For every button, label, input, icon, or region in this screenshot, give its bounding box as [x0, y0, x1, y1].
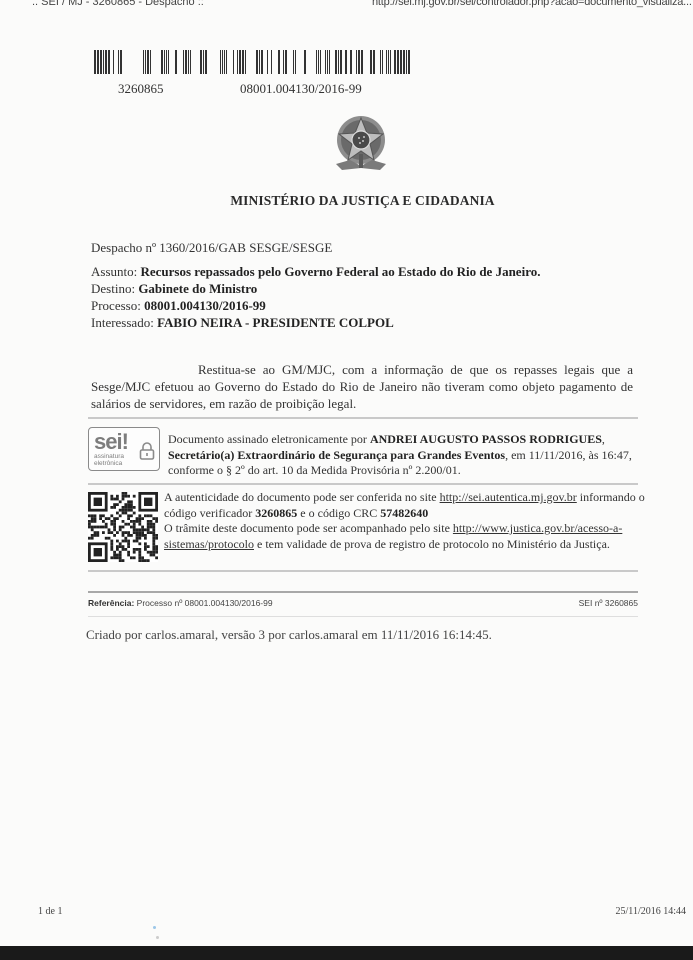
auth-text-5: e tem validade de prova de registro de p…	[254, 537, 610, 551]
divider	[88, 483, 638, 485]
brazil-coat-of-arms-icon	[328, 110, 394, 176]
signature-block: sei! assinatura eletrônica Documento ass…	[88, 425, 648, 475]
despacho-number: Despacho nº 1360/2016/GAB SESGE/SESGE	[91, 240, 332, 256]
authenticity-block: A autenticidade do documento pode ser co…	[88, 490, 648, 566]
page-number: 1 de 1	[38, 906, 62, 917]
divider	[88, 591, 638, 593]
divider	[88, 616, 638, 617]
sei-logo-sub-1: assinatura	[94, 453, 124, 460]
scan-speck	[156, 936, 159, 939]
assunto-row: Assunto: Recursos repassados pelo Govern…	[91, 264, 540, 280]
assunto-label: Assunto:	[91, 264, 140, 279]
sig-text-2: ,	[602, 432, 605, 446]
sei-number: SEI nº 3260865	[579, 598, 638, 608]
print-header-title: .. SEI / MJ - 3260865 - Despacho ::	[32, 0, 204, 8]
divider	[88, 570, 638, 572]
divider	[88, 417, 638, 419]
sei-logo-sub-2: eletrônica	[94, 460, 124, 467]
sig-text-1: Documento assinado eletronicamente por	[168, 432, 370, 446]
sei-signature-logo: sei! assinatura eletrônica	[88, 427, 160, 471]
authenticity-site-link[interactable]: http://sei.autentica.mj.gov.br	[440, 490, 577, 504]
signer-name: ANDREI AUGUSTO PASSOS RODRIGUES	[370, 432, 602, 446]
reference-info: Referência: Processo nº 08001.004130/201…	[88, 598, 273, 608]
processo-label: Processo:	[91, 298, 144, 313]
destino-row: Destino: Gabinete do Ministro	[91, 281, 257, 297]
sei-logo-subtitle: assinatura eletrônica	[94, 453, 124, 467]
process-number: 08001.004130/2016-99	[240, 81, 362, 97]
ministry-title: MINISTÉRIO DA JUSTIÇA E CIDADANIA	[0, 193, 693, 209]
reference-row: Referência: Processo nº 08001.004130/201…	[88, 598, 638, 608]
auth-text-3: e o código CRC	[297, 506, 380, 520]
sei-logo-word: sei!	[94, 429, 128, 455]
processo-row: Processo: 08001.004130/2016-99	[91, 298, 266, 314]
interessado-value: FABIO NEIRA - PRESIDENTE COLPOL	[157, 315, 394, 330]
created-by-line: Criado por carlos.amaral, versão 3 por c…	[86, 627, 492, 643]
signer-role: Secretário(a) Extraordinário de Seguranç…	[168, 448, 505, 462]
signature-text: Documento assinado eletronicamente por A…	[168, 432, 646, 479]
body-paragraph: Restitua-se ao GM/MJC, com a informação …	[91, 361, 633, 412]
process-barcode	[200, 50, 410, 74]
print-datetime: 25/11/2016 14:44	[616, 906, 686, 917]
qr-code-icon	[88, 492, 158, 562]
auth-text-1: A autenticidade do documento pode ser co…	[164, 490, 440, 504]
destino-label: Destino:	[91, 281, 138, 296]
reference-label: Referência:	[88, 598, 134, 608]
verifier-code: 3260865	[255, 506, 297, 520]
padlock-icon	[139, 442, 155, 460]
interessado-row: Interessado: FABIO NEIRA - PRESIDENTE CO…	[91, 315, 394, 331]
processo-value: 08001.004130/2016-99	[144, 298, 266, 313]
crc-code: 57482640	[380, 506, 428, 520]
scan-speck	[153, 926, 156, 929]
authenticity-text: A autenticidade do documento pode ser co…	[164, 490, 648, 552]
auth-text-4: O trâmite deste documento pode ser acomp…	[164, 521, 453, 535]
reference-value: Processo nº 08001.004130/2016-99	[134, 598, 272, 608]
scan-edge	[0, 946, 693, 960]
interessado-label: Interessado:	[91, 315, 157, 330]
document-barcode	[92, 50, 192, 74]
document-number: 3260865	[118, 81, 164, 97]
destino-value: Gabinete do Ministro	[138, 281, 257, 296]
body-paragraph-text: Restitua-se ao GM/MJC, com a informação …	[91, 362, 633, 411]
assunto-value: Recursos repassados pelo Governo Federal…	[140, 264, 540, 279]
print-header-url: http://sei.mj.gov.br/sei/controlador.php…	[372, 0, 692, 8]
